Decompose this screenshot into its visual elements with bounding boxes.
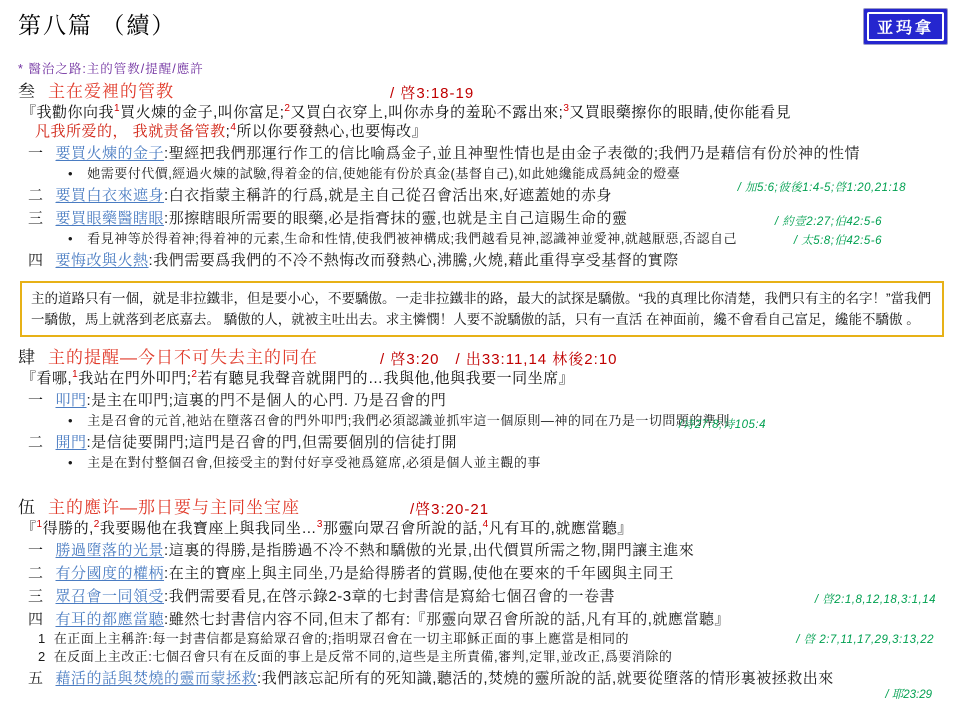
point-title: 要買火煉的金子 xyxy=(56,145,165,162)
scripture-ref: / 啓 2:7,11,17,29,3:13,22 xyxy=(796,631,934,649)
point-title: 要悔改與火熱 xyxy=(56,252,149,269)
point-number: 五 xyxy=(28,670,44,687)
point-body: :在主的寶座上與主同坐,乃是給得勝者的賞賜,使他在要來的千年國與主同王 xyxy=(164,565,674,582)
quote-text: 那靈向眾召會所說的話, xyxy=(323,520,483,537)
quote-text: 所以你要發熱心,也要悔改』 xyxy=(236,123,427,140)
outline-point: 五藉活的話與焚燒的靈而蒙拯救:我們該忘記所有的死知識,聽活的,焚燒的靈所說的話,… xyxy=(18,668,946,689)
scripture-quote-line: 『我勸你向我1買火煉的金子,叫你富足;2又買白衣穿上,叫你赤身的羞恥不露出來;3… xyxy=(18,103,946,122)
section-number: 叁 xyxy=(18,82,36,101)
outline-point: 四有耳的都應當聽:雖然七封書信内容不同,但末了都有:『那靈向眾召會所說的話,凡有… xyxy=(18,609,946,630)
outline-point: 二有分國度的權柄:在主的寶座上與主同坐,乃是給得勝者的賞賜,使他在要來的千年國與… xyxy=(18,563,946,584)
bullet-item: 主是在對付整個召會,但接受主的對付好享受祂爲筵席,必須是個人並主觀的事 xyxy=(18,454,946,472)
scripture-ref: / 加5:6;彼後1:4-5;啓1:20,21:18 xyxy=(738,178,906,199)
point-title: 要買眼藥醫瞎眼 xyxy=(56,210,165,227)
logo-text: 亚玛拿 xyxy=(867,12,944,41)
point-title: 眾召會一同領受 xyxy=(56,588,165,605)
bullet-item: 看見神等於得着神;得着神的元素,生命和性情,使我們被神構成;我們越看見神,認識神… xyxy=(18,230,946,248)
quote-text: 『看哪, xyxy=(21,370,72,387)
quote-text: 我站在門外叩門; xyxy=(78,370,191,387)
scripture-ref: / 啓2:1,8,12,18,3:1,14 xyxy=(815,590,936,611)
point-number: 三 xyxy=(28,210,44,227)
quote-text: 又買眼藥擦你的眼睛,使你能看見 xyxy=(569,104,791,121)
bullet-item: 主是召會的元首,祂站在墮落召會的門外叩門;我們必須認識並抓牢這一個原則—神的同在… xyxy=(18,412,946,430)
section-heading-5: 伍主的應许—那日要与主同坐宝座 /啓3:20-21 xyxy=(18,497,946,519)
logo-badge: 亚玛拿 xyxy=(863,8,948,45)
point-number: 三 xyxy=(28,588,44,605)
scripture-ref: / 太5:8;伯42:5-6 xyxy=(794,232,882,250)
quote-text-emphasis: 凡我所爱的， 我就责备管教 xyxy=(35,123,226,140)
sub-point: 1在正面上主稱許:每一封書信都是寫給眾召會的;指明眾召會在一切主耶穌正面的事上應… xyxy=(18,630,946,648)
bullet-text: 看見神等於得着神;得着神的元素,生命和性情,使我們被神構成;我們越看見神,認識神… xyxy=(87,231,737,246)
point-body: :這裏的得勝,是指勝過不冷不熱和驕傲的光景,出代價買所需之物,開門讓主進來 xyxy=(164,542,694,559)
page-title: 第八篇 （續） xyxy=(18,10,946,40)
point-title: 有耳的都應當聽 xyxy=(56,611,165,628)
point-number: 一 xyxy=(28,392,44,409)
section-title: 主的應许—那日要与主同坐宝座 xyxy=(48,498,300,517)
quote-text: 買火煉的金子,叫你富足; xyxy=(120,104,284,121)
sub-point-text: 在正面上主稱許:每一封書信都是寫給眾召會的;指明眾召會在一切主耶穌正面的事上應當… xyxy=(54,631,629,646)
section-number: 伍 xyxy=(18,498,36,517)
point-title: 叩門 xyxy=(56,392,87,409)
outline-point: 一要買火煉的金子:聖經把我們那運行作工的信比喻爲金子,並且神聖性情也是由金子表徵… xyxy=(18,143,946,164)
outline-point: 一勝過墮落的光景:這裏的得勝,是指勝過不冷不熱和驕傲的光景,出代價買所需之物,開… xyxy=(18,540,946,561)
point-body: :白衣指蒙主稱許的行爲,就是主自己從召會活出來,好遮蓋她的赤身 xyxy=(164,187,612,204)
section-title: 主的提醒—今日不可失去主的同在 xyxy=(48,348,318,367)
point-number: 二 xyxy=(28,565,44,582)
quote-text: 若有聽見我聲音就開門的…我與他,他與我要一同坐席』 xyxy=(197,370,574,387)
point-number: 二 xyxy=(28,434,44,451)
outline-point: 二開門:是信徒要開門;這門是召會的門,但需要個別的信徒打開 xyxy=(18,432,946,453)
quote-text: 又買白衣穿上,叫你赤身的羞恥不露出來; xyxy=(290,104,563,121)
point-body: :我們需要看見,在啓示錄2-3章的七封書信是寫給七個召會的一卷書 xyxy=(164,588,615,605)
point-body: :是主在叩門;這裏的門不是個人的心門. 乃是召會的門 xyxy=(87,392,447,409)
sub-point-number: 2 xyxy=(38,649,46,664)
quote-text: 『我勸你向我 xyxy=(21,104,114,121)
note-text: 主的道路只有一個，就是非拉鐵非，但是要小心，不要驕傲。一走非拉鐵非的路，最大的試… xyxy=(31,291,931,327)
scripture-quote-line: 『1得勝的,2我要賜他在我寶座上與我同坐…3那靈向眾召會所說的話,4凡有耳的,就… xyxy=(18,519,946,538)
scripture-ref: / 啓3:20 / 出33:11,14 林後2:10 xyxy=(380,349,618,371)
outline-point: 二要買白衣來遮身:白衣指蒙主稱許的行爲,就是主自己從召會活出來,好遮蓋她的赤身 … xyxy=(18,185,946,206)
warning-note-box: 主的道路只有一個，就是非拉鐵非，但是要小心，不要驕傲。一走非拉鐵非的路，最大的試… xyxy=(20,281,944,337)
point-title: 開門 xyxy=(56,434,87,451)
point-number: 四 xyxy=(28,611,44,628)
point-number: 一 xyxy=(28,542,44,559)
point-body: :那擦瞎眼所需要的眼藥,必是指膏抹的靈,也就是主自己這賜生命的靈 xyxy=(164,210,628,227)
bullet-text: 她需要付代價,經過火煉的試驗,得着金的信,使她能有份於真金(基督自己),如此她纔… xyxy=(87,166,680,181)
quote-text: 我要賜他在我寶座上與我同坐… xyxy=(100,520,317,537)
bullet-text: 主是在對付整個召會,但接受主的對付好享受祂爲筵席,必須是個人並主觀的事 xyxy=(87,455,541,470)
outline-point: 三眾召會一同領受:我們需要看見,在啓示錄2-3章的七封書信是寫給七個召會的一卷書… xyxy=(18,586,946,607)
quote-text: 『 xyxy=(21,520,37,537)
scripture-ref: /啓3:20-21 xyxy=(410,499,489,521)
section-number: 肆 xyxy=(18,348,36,367)
sub-point-text: 在反面上主改正:七個召會只有在反面的事上是反常不同的,這些是主所責備,審判,定罪… xyxy=(54,649,673,664)
point-body: :我們該忘記所有的死知識,聽活的,焚燒的靈所說的話,就要從墮落的情形裏被拯救出來 xyxy=(257,670,834,687)
point-title: 要買白衣來遮身 xyxy=(56,187,165,204)
outline-point: 四要悔改與火熱:我們需要爲我們的不冷不熱悔改而發熱心,沸騰,火燒,藉此重得享受基… xyxy=(18,250,946,271)
sub-point: 2在反面上主改正:七個召會只有在反面的事上是反常不同的,這些是主所責備,審判,定… xyxy=(18,648,946,666)
point-title: 勝過墮落的光景 xyxy=(56,542,165,559)
scripture-ref: / 啓3:18-19 xyxy=(390,83,474,105)
section-heading-3: 叁主在爱裡的管教 / 啓3:18-19 xyxy=(18,81,946,103)
scripture-quote-line: 『看哪,1我站在門外叩門;2若有聽見我聲音就開門的…我與他,他與我要一同坐席』 xyxy=(18,369,946,388)
scripture-ref: / 耶23:29 xyxy=(18,689,946,702)
quote-text: 得勝的, xyxy=(43,520,94,537)
point-title: 藉活的話與焚燒的靈而蒙拯救 xyxy=(56,670,258,687)
quote-text: 凡有耳的,就應當聽』 xyxy=(489,520,633,537)
scripture-quote-line: 凡我所爱的， 我就责备管教;4所以你要發熱心,也要悔改』 xyxy=(18,122,946,141)
point-number: 一 xyxy=(28,145,44,162)
sub-point-number: 1 xyxy=(38,631,46,646)
section-title: 主在爱裡的管教 xyxy=(48,82,174,101)
point-title: 有分國度的權柄 xyxy=(56,565,165,582)
point-body: :聖經把我們那運行作工的信比喻爲金子,並且神聖性情也是由金子表徵的;我們乃是藉信… xyxy=(164,145,860,162)
subtitle-healing-path: * 醫治之路:主的管教/提醒/應許 xyxy=(18,62,946,76)
slide: 第八篇 （續） 亚玛拿 * 醫治之路:主的管教/提醒/應許 叁主在爱裡的管教 /… xyxy=(0,0,960,720)
outline-point: 一叩門:是主在叩門;這裏的門不是個人的心門. 乃是召會的門 xyxy=(18,390,946,411)
outline-point: 三要買眼藥醫瞎眼:那擦瞎眼所需要的眼藥,必是指膏抹的靈,也就是主自己這賜生命的靈… xyxy=(18,208,946,229)
point-body: :是信徒要開門;這門是召會的門,但需要個別的信徒打開 xyxy=(87,434,458,451)
section-heading-4: 肆主的提醒—今日不可失去主的同在 / 啓3:20 / 出33:11,14 林後2… xyxy=(18,347,946,369)
point-number: 二 xyxy=(28,187,44,204)
point-body: :雖然七封書信内容不同,但末了都有:『那靈向眾召會所說的話,凡有耳的,就應當聽』 xyxy=(164,611,730,628)
point-body: :我們需要爲我們的不冷不熱悔改而發熱心,沸騰,火燒,藉此重得享受基督的實際 xyxy=(149,252,679,269)
bullet-text: 主是召會的元首,祂站在墮落召會的門外叩門;我們必須認識並抓牢這一個原則—神的同在… xyxy=(87,413,730,428)
point-number: 四 xyxy=(28,252,44,269)
